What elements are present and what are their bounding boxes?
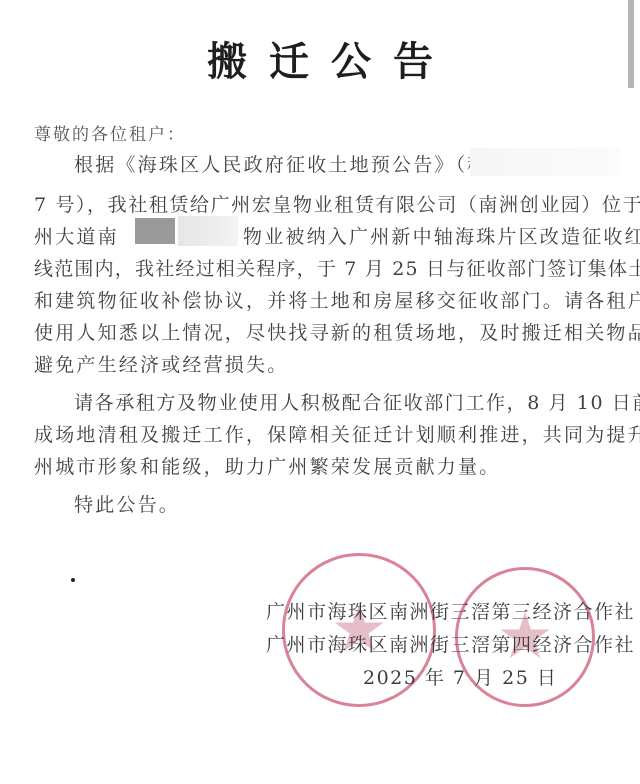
paragraph1-line3b: 物业被纳入广州新中轴海珠片区改造征收红 [243,222,640,249]
redaction-block [135,218,175,244]
paragraph1-line5: 和建筑物征收补偿协议，并将土地和房屋移交征收部门。请各租户及 [34,286,640,313]
speck [71,578,75,582]
signatory-1: 广州市海珠区南洲街三滘第三经济合作社 [266,597,635,624]
redaction-block [178,216,238,246]
closing-text: 特此公告。 [74,490,180,517]
signatory-2: 广州市海珠区南洲街三滘第四经济合作社 [266,630,635,657]
page-title: 搬迁公告 [0,30,640,87]
paragraph2-line3: 州城市形象和能级，助力广州繁荣发展贡献力量。 [34,452,500,479]
paragraph1-line7: 避免产生经济或经营损失。 [34,350,288,377]
paragraph1-line3a: 州大道南 [34,222,119,249]
redaction-block [470,148,620,176]
paragraph2-line1: 请各承租方及物业使用人积极配合征收部门工作，8 月 10 日前完 [74,388,640,415]
paragraph1-line4: 线范围内，我社经过相关程序，于 7 月 25 日与征收部门签订集体土地 [34,254,640,281]
salutation: 尊敬的各位租户： [34,120,186,145]
paragraph1-line2: 7 号），我社租赁给广州宏皇物业租赁有限公司（南洲创业园）位于广 [34,190,640,217]
paragraph2-line2: 成场地清租及搬迁工作，保障相关征迁计划顺利推进，共同为提升广 [34,420,640,447]
paragraph1-line6: 使用人知悉以上情况，尽快找寻新的租赁场地，及时搬迁相关物品， [34,318,640,345]
document-date: 2025 年 7 月 25 日 [363,663,557,690]
